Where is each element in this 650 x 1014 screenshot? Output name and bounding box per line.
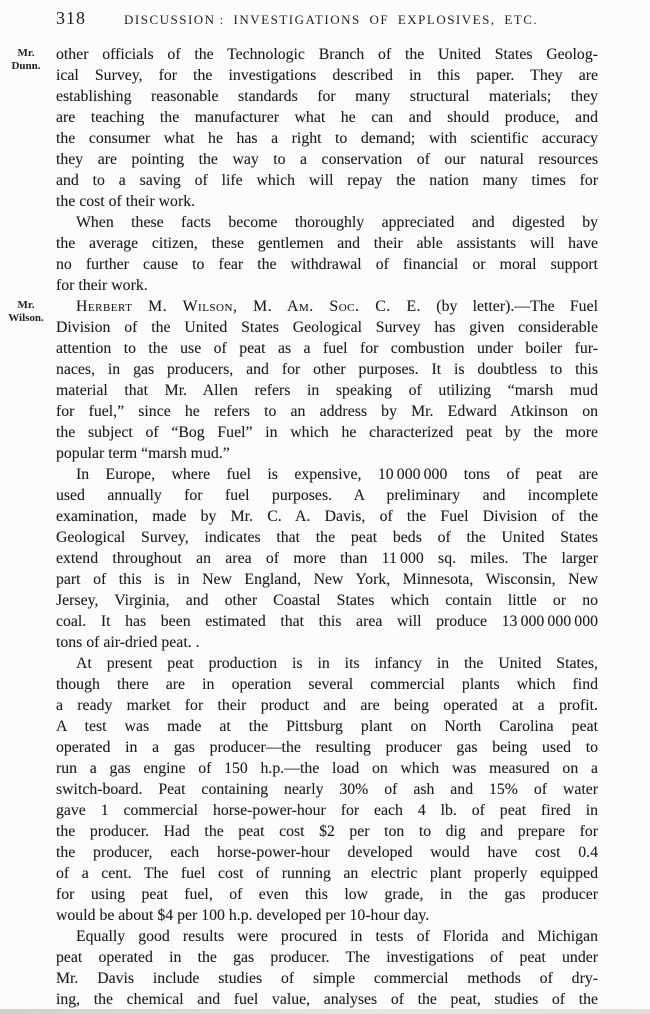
text-line: a ready market for their product and are… bbox=[56, 695, 598, 716]
text-line: other officials of the Technologic Branc… bbox=[56, 44, 598, 65]
scan-edge-artifact bbox=[0, 1009, 650, 1014]
text-line: Jersey, Virginia, and other Coastal Stat… bbox=[56, 590, 598, 611]
text-line: they are pointing the way to a conservat… bbox=[56, 149, 598, 170]
text-line: the cost of their work. bbox=[56, 191, 598, 212]
text-line: the subject of “Bog Fuel” in which he ch… bbox=[56, 422, 598, 443]
text-line: for their work. bbox=[56, 275, 598, 296]
text-line: and to a saving of life which will repay… bbox=[56, 170, 598, 191]
text-line: extend throughout an area of more than 1… bbox=[56, 548, 598, 569]
text-line: no further cause to fear the withdrawal … bbox=[56, 254, 598, 275]
text-line: gave 1 commercial horse-power-hour for e… bbox=[56, 800, 598, 821]
text-line: Herbert M. Wilson, M. Am. Soc. C. E. (by… bbox=[56, 296, 598, 317]
text-line: though there are in operation several co… bbox=[56, 674, 598, 695]
margin-note-wilson: Mr. Wilson. bbox=[0, 299, 52, 324]
text-line: used annually for fuel purposes. A preli… bbox=[56, 485, 598, 506]
text-line: for fuel,” since he refers to an address… bbox=[56, 401, 598, 422]
paragraph: In Europe, where fuel is expensive, 10 0… bbox=[56, 464, 598, 653]
author-name: Herbert M. Wilson, M. Am. Soc. C. E. bbox=[76, 298, 421, 315]
text-line: Division of the United States Geological… bbox=[56, 317, 598, 338]
text-line: Mr. Davis include studies of simple comm… bbox=[56, 968, 598, 989]
text-line: tons of air-dried peat. . bbox=[56, 632, 598, 653]
page-number: 318 bbox=[56, 8, 86, 29]
text-line: A test was made at the Pittsburg plant o… bbox=[56, 716, 598, 737]
text-line: When these facts become thoroughly appre… bbox=[56, 212, 598, 233]
text-line: run a gas engine of 150 h.p.—the load on… bbox=[56, 758, 598, 779]
text-line: operated in a gas producer—the resulting… bbox=[56, 737, 598, 758]
text-line: Geological Survey, indicates that the pe… bbox=[56, 527, 598, 548]
paragraph-dunn: Mr. Dunn. other officials of the Technol… bbox=[56, 44, 598, 212]
running-title: DISCUSSION : INVESTIGATIONS OF EXPLOSIVE… bbox=[124, 12, 538, 28]
text-line: the producer. Had the peat cost $2 per t… bbox=[56, 821, 598, 842]
margin-note-line: Wilson. bbox=[8, 312, 44, 324]
text-line: attention to the use of peat as a fuel f… bbox=[56, 338, 598, 359]
text-line: material that Mr. Allen refers in speaki… bbox=[56, 380, 598, 401]
text-line: popular term “marsh mud.” bbox=[56, 443, 598, 464]
book-page: 318 DISCUSSION : INVESTIGATIONS OF EXPLO… bbox=[0, 0, 650, 1014]
text-column: Mr. Dunn. other officials of the Technol… bbox=[56, 44, 598, 1010]
text-line: would be about $4 per 100 h.p. developed… bbox=[56, 905, 598, 926]
margin-note-line: Mr. bbox=[17, 47, 34, 59]
text-line: establishing reasonable standards for ma… bbox=[56, 86, 598, 107]
text-line: the average citizen, these gentlemen and… bbox=[56, 233, 598, 254]
paragraph: Equally good results were procured in te… bbox=[56, 926, 598, 1010]
margin-note-line: Dunn. bbox=[11, 60, 40, 72]
text-line: of a cent. The fuel cost of running an e… bbox=[56, 863, 598, 884]
margin-note-dunn: Mr. Dunn. bbox=[0, 47, 52, 72]
text-line: coal. It has been estimated that this ar… bbox=[56, 611, 598, 632]
text-line: the consumer what he has a right to dema… bbox=[56, 128, 598, 149]
text-segment: (by letter).—The Fuel bbox=[421, 298, 598, 315]
text-line: switch-board. Peat containing nearly 30%… bbox=[56, 779, 598, 800]
text-line: ical Survey, for the investigations desc… bbox=[56, 65, 598, 86]
text-line: Equally good results were procured in te… bbox=[56, 926, 598, 947]
margin-note-line: Mr. bbox=[17, 299, 34, 311]
text-line: are teaching the manufacturer what he ca… bbox=[56, 107, 598, 128]
text-line: naces, in gas producers, and for other p… bbox=[56, 359, 598, 380]
paragraph: At present peat production is in its inf… bbox=[56, 653, 598, 926]
text-line: In Europe, where fuel is expensive, 10 0… bbox=[56, 464, 598, 485]
text-line: At present peat production is in its inf… bbox=[56, 653, 598, 674]
text-line: for using peat fuel, of even this low gr… bbox=[56, 884, 598, 905]
text-line: examination, made by Mr. C. A. Davis, of… bbox=[56, 506, 598, 527]
paragraph: When these facts become thoroughly appre… bbox=[56, 212, 598, 296]
paragraph-wilson: Mr. Wilson. Herbert M. Wilson, M. Am. So… bbox=[56, 296, 598, 464]
text-line: ing, the chemical and fuel value, analys… bbox=[56, 989, 598, 1010]
text-line: part of this is in New England, New York… bbox=[56, 569, 598, 590]
text-line: the producer, each horse-power-hour deve… bbox=[56, 842, 598, 863]
page-header: 318 DISCUSSION : INVESTIGATIONS OF EXPLO… bbox=[0, 0, 650, 29]
text-line: peat operated in the gas producer. The i… bbox=[56, 947, 598, 968]
